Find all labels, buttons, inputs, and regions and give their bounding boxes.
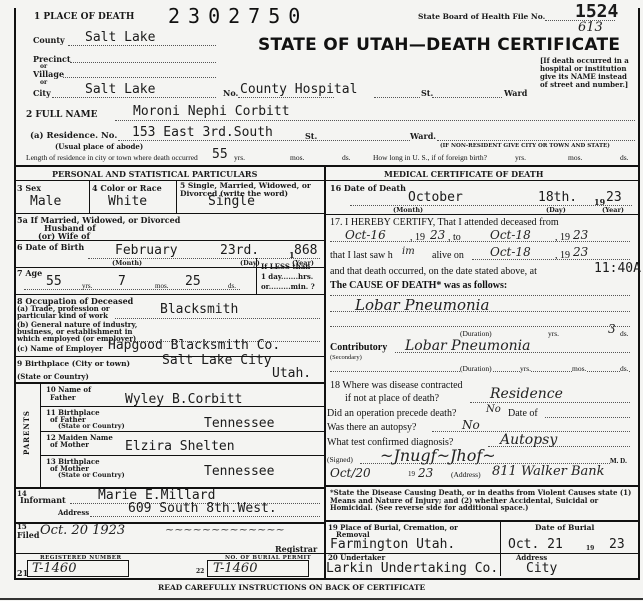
father-birthplace-label-3: (State or Country) [58,422,125,430]
age-yrs-value: 55 [46,274,62,289]
res-st-label: St. [305,131,317,141]
dur-ds-label-2: ds. [620,364,629,373]
attended-from-value: Oct-16 [345,228,386,242]
cause-footnote: *State the Disease Causing Death, or in … [330,489,635,512]
no-label: No. [223,88,238,98]
county-label: County [33,35,65,45]
age-yrs-label: yrs. [82,282,92,290]
footer-instructions: READ CAREFULLY INSTRUCTIONS ON BACK OF C… [158,583,425,592]
length-yrs-value: 55 [212,147,228,162]
birthplace-label: 9 Birthplace (City or town) [17,359,130,368]
attended-to-year: 23 [573,228,588,242]
operation-label: Did an operation precede death? [327,408,456,419]
age-label: 7 Age [17,268,42,278]
file-no: 1524 [575,1,618,22]
duration-days-value: 3 [608,322,616,336]
dur-mos-label-2: mos. [572,364,586,373]
to-year-prefix: , 19 [555,232,570,243]
undertaker-address-value: City [526,561,557,576]
attended-to-value: Oct-18 [490,228,531,242]
burial-place-value: Farmington Utah. [330,537,455,552]
mother-value: Elzira Shelten [125,439,235,454]
age-ds-value: 25 [185,274,201,289]
informant-label: Informant [20,495,66,505]
less-min-label: or.........min. ? [261,282,315,291]
precinct-label: Precinct [33,54,71,64]
signed-year-value: 23 [418,466,433,480]
dod-day-value: 18th. [538,190,577,205]
contracted-label: 18 Where was disease contracted [330,380,463,391]
physician-address-value: 811 Walker Bank [492,464,605,479]
file-no-handwritten: 613 [578,20,603,35]
mother-birthplace-value: Tennessee [204,464,274,479]
city-label: City [33,88,51,98]
f-yrs-label: yrs. [515,153,526,162]
operation-value: No [486,404,501,415]
dod-month-value: October [408,190,463,205]
age-mos-label: mos. [155,282,168,290]
right-border [638,8,640,578]
autopsy-label: Was there an autopsy? [327,422,416,433]
or-label: or [40,79,47,86]
death-certificate: 1 PLACE OF DEATH 2302750 State Board of … [0,0,643,601]
month-caption: (Month) [393,206,423,214]
burial-year-value: 23 [609,537,625,552]
sex-label: 3 Sex [17,183,41,193]
burial-date-label: Date of Burial [535,523,594,532]
dob-month-value: February [115,243,178,258]
place-of-death-label: 1 PLACE OF DEATH [34,12,134,22]
personal-section-title: PERSONAL AND STATISTICAL PARTICULARS [52,169,257,179]
alive-on-year: 23 [573,245,588,259]
signed-label: (Signed) [327,455,353,464]
f-ds-label: ds. [620,153,629,162]
nonresident-note: (IF NON-RESIDENT GIVE CITY OR TOWN AND S… [440,143,610,149]
alive-on-label: alive on [432,250,464,261]
dod-year-value: 23 [606,190,622,205]
serial-number: 2302750 [168,4,308,28]
last-saw-label: that I last saw h [330,250,393,261]
trade-value: Blacksmith [160,302,238,317]
md-label: M. D. [610,457,627,465]
full-name-value: Moroni Nephi Corbitt [133,104,290,119]
last-saw-pronoun: im [402,246,415,257]
center-divider [324,167,326,579]
section-divider [14,165,640,167]
contracted-value: Residence [490,386,563,402]
yrs-label: yrs. [234,153,245,162]
signed-date-value: Oct/20 [330,466,371,480]
file-no-label: State Board of Health File No. [418,12,545,21]
burial-permit-value: T-1460 [213,561,257,576]
abode-note: (Usual place of abode) [55,142,143,151]
secondary-label: (Secondary) [330,354,362,361]
residence-label: (a) Residence. No. [30,131,117,141]
res-ward-label: Ward. [410,131,436,141]
street-value: County Hospital [240,82,357,97]
certify-text: 17. I HEREBY CERTIFY, That I attended de… [330,217,559,228]
age-mos-value: 7 [118,274,126,289]
signed-year-prefix: 19 [408,470,415,478]
full-name-label: 2 FULL NAME [26,110,97,120]
dob-year-value: 868 [294,243,317,258]
attended-from-year: 23 [430,228,445,242]
medical-section-title: MEDICAL CERTIFICATE OF DEATH [384,169,543,179]
father-birthplace-value: Tennessee [204,416,274,431]
dur-ds-label: ds. [620,329,629,338]
less-hrs-label: 1 day.......hrs. [261,272,313,281]
informant-address-value: 609 South 8th.West. [128,501,277,516]
operation-date-label: Date of [508,408,538,419]
contributory-value: Lobar Pneumonia [405,338,530,354]
contributory-label: Contributory [330,342,387,353]
registered-number-value: T-1460 [32,561,76,576]
burial-year-prefix: 19 [586,545,594,552]
f-mos-label: mos. [568,153,582,162]
burial-date-value: Oct. 21 [508,537,563,552]
mother-label-2: of Mother [50,440,89,449]
dur-yrs-label-2: yrs. [520,364,531,373]
registrar-signature: ~~~~~~~~~~~~~ [165,523,285,536]
mother-birthplace-label-3: (State or Country) [58,471,125,479]
autopsy-value: No [462,418,480,432]
physician-address-label: (Address) [451,470,481,479]
physician-signature: ~Jnugf~Jhof~ [380,446,496,465]
city-value: Salt Lake [85,82,155,97]
less-than-label: If LESS than [261,262,310,271]
race-value: White [108,194,147,209]
birthplace-state-label: (State or Country) [17,372,89,381]
employer-value: Hapgood Blacksmith Co. [108,338,280,353]
cause-label: The CAUSE OF DEATH* was as follows: [330,280,507,291]
trade-label-2: particular kind of work [17,311,108,320]
filed-value: Oct. 20 1923 [40,523,125,538]
time-value: 11:40A [594,261,641,276]
certificate-title: STATE OF UTAH—DEATH CERTIFICATE [258,35,620,55]
employer-label: (c) Name of Employer [17,344,103,353]
contracted-label-2: if not at place of death? [345,393,439,404]
length-residence-label: Length of residence in city or town wher… [26,153,198,162]
county-value: Salt Lake [85,30,155,45]
burial-permit-index: 22 [196,568,204,575]
village-label: Village [33,69,64,79]
undertaker-value: Larkin Undertaking Co. [326,561,498,576]
ward-label: Ward [504,88,527,98]
mos-label: mos. [290,153,304,162]
duration-label: (Duration) [460,329,492,338]
ds-label: ds. [342,153,351,162]
from-year-prefix: , 19 [410,232,425,243]
dur-yrs-label: yrs. [548,329,559,338]
age-ds-label: ds. [228,282,236,290]
alive-on-value: Oct-18 [490,245,531,259]
left-border [14,8,16,578]
hospital-note: [If death occurred in a hospital or inst… [540,57,632,89]
occurred-text: and that death occurred, on the date sta… [330,266,537,277]
day-caption: (Day) [546,206,566,214]
spouse-label: 5a If Married, Widowed, or Divorced [17,215,180,225]
residence-value: 153 East 3rd.South [132,125,273,140]
dod-label: 16 Date of Death [330,183,406,193]
duration-label-2: (Duration) [460,364,492,373]
marital-value: Single [208,194,255,209]
informant-address-label: Address [58,508,89,517]
sex-value: Male [30,194,61,209]
year-caption: (Year) [602,206,624,214]
father-label-2: Father [50,393,76,402]
month-caption: (Month) [112,259,142,267]
cause-value: Lobar Pneumonia [355,296,489,314]
dob-label: 6 Date of Birth [17,242,84,252]
birthplace-city-value: Salt Lake City [162,353,272,368]
parents-label: PARENTS [22,410,31,455]
father-value: Wyley B.Corbitt [125,392,242,407]
foreign-birth-label: How long in U. S., if of foreign birth? [373,153,487,162]
filed-label: Filed [17,530,39,540]
race-label: 4 Color or Race [92,183,162,193]
birthplace-state-value: Utah. [272,366,311,381]
alive-year-prefix: , 19 [555,250,570,261]
test-value: Autopsy [500,432,557,448]
to-label: , to [448,232,461,243]
dob-day-value: 23rd. [220,243,259,258]
